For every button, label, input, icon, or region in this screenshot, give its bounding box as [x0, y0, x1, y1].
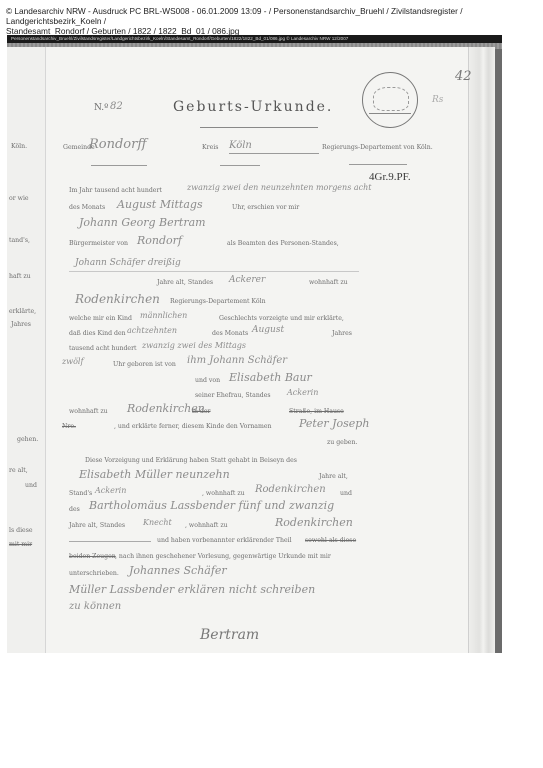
- handwritten-entry: August: [252, 325, 284, 335]
- margin-text: mit mir: [9, 541, 32, 548]
- text-line: zu geben.: [327, 439, 357, 446]
- gemeinde-value: Rondorff: [89, 137, 147, 152]
- struck-text: beiden Zeugen: [69, 553, 116, 560]
- handwritten-entry: Rondorf: [137, 234, 182, 247]
- text-line: Diese Vorzeigung und Erklärung haben Sta…: [85, 457, 297, 464]
- margin-text: erklärte,: [9, 308, 36, 315]
- text-line: des Monats: [69, 204, 105, 211]
- text-line: Uhr geboren ist von: [113, 361, 176, 368]
- separator-line: [220, 165, 260, 166]
- text-line: und: [340, 490, 352, 497]
- margin-text: Köln.: [11, 143, 27, 150]
- certificate-number-label: N.º: [94, 103, 108, 113]
- separator-line: [349, 164, 407, 165]
- separator-line: [91, 165, 147, 166]
- archive-caption: © Landesarchiv NRW - Ausdruck PC BRL-WS0…: [6, 6, 538, 36]
- struck-text: in der: [192, 408, 211, 415]
- text-line: Bürgermeister von: [69, 240, 128, 247]
- handwritten-entry: Ackerin: [287, 388, 318, 397]
- handwritten-entry: Johann Schäfer dreißig: [75, 258, 181, 268]
- handwritten-entry: Bartholomäus Lassbender fünf und zwanzig: [89, 499, 334, 512]
- handwritten-entry: Müller Lassbender erklären nicht schreib…: [69, 583, 315, 596]
- text-line: welche mir ein Kind: [69, 315, 132, 322]
- handwritten-entry: Elisabeth Baur: [229, 371, 312, 384]
- certificate-number: 82: [110, 101, 123, 112]
- scan-watermark-bar: Personenstandsarchiv_Bruehl/Zivilstandsr…: [7, 35, 502, 43]
- kreis-label: Kreis: [202, 144, 218, 151]
- text-line: , wohnhaft zu: [202, 490, 245, 497]
- text-line: Stand's: [69, 490, 92, 497]
- eagle-emblem-icon: [373, 87, 409, 111]
- document-title: Geburts-Urkunde.: [173, 99, 333, 115]
- handwritten-entry: achtzehnten: [127, 326, 177, 335]
- text-line: , wohnhaft zu: [185, 522, 228, 529]
- text-line: Jahre alt, Standes: [69, 522, 125, 529]
- official-signature: Bertram: [200, 627, 259, 643]
- margin-text: und: [25, 482, 37, 489]
- text-line: Jahres: [332, 330, 352, 337]
- text-line: und von: [195, 377, 220, 384]
- handwritten-entry: Johannes Schäfer: [129, 564, 227, 577]
- struck-text: Straße, im Hause: [289, 408, 344, 415]
- fill-line: [69, 271, 359, 272]
- text-line: daß dies Kind den: [69, 330, 126, 337]
- handwritten-entry: Rodenkirchen: [75, 292, 160, 306]
- handwritten-entry: zwölf: [62, 357, 83, 366]
- handwritten-entry: Peter Joseph: [299, 417, 369, 430]
- handwritten-entry: Knecht: [143, 518, 172, 527]
- text-line: des Monats: [212, 330, 248, 337]
- struck-text: sowohl als diese: [305, 537, 356, 544]
- handwritten-entry: zu können: [69, 601, 121, 612]
- regierung-label: Regierungs-Departement von Köln.: [322, 144, 433, 151]
- text-line: Geschlechts vorzeigte und mir erklärte,: [219, 315, 344, 322]
- handwritten-entry: Rodenkirchen: [255, 484, 326, 495]
- page-number: 42: [455, 69, 472, 84]
- text-line: , nach ihnen geschehener Vorlesung, gege…: [115, 553, 331, 560]
- struck-text: Nro.: [62, 423, 76, 430]
- margin-text: or wie: [9, 195, 29, 202]
- margin-text: tand's,: [9, 237, 30, 244]
- handwritten-entry: August Mittags: [117, 198, 203, 211]
- text-line: Jahre alt, Standes: [157, 279, 213, 286]
- caption-line-1: © Landesarchiv NRW - Ausdruck PC BRL-WS0…: [6, 6, 538, 26]
- margin-text: haft zu: [9, 273, 31, 280]
- page-stack-edge: [468, 47, 495, 653]
- document-scan: Personenstandsarchiv_Bruehl/Zivilstandsr…: [7, 35, 502, 661]
- left-margin-column: Köln. or wie tand's, haft zu erklärte, J…: [7, 47, 46, 653]
- text-line: , und erklärte ferner, diesem Kinde den …: [114, 423, 272, 430]
- handwritten-entry: zwanzig zwei des Mittags: [142, 341, 246, 350]
- kreis-value: Köln: [229, 140, 252, 151]
- text-line: seiner Ehefrau, Standes: [195, 392, 271, 399]
- stamp-initials: Rs: [432, 95, 443, 105]
- handwritten-entry: Ackerin: [95, 486, 126, 495]
- fee-stamp-text: 4Gr.9.PF.: [369, 171, 411, 183]
- text-line: Jahre alt,: [319, 473, 348, 480]
- margin-text: gehen.: [17, 436, 38, 443]
- handwritten-entry: Ackerer: [229, 275, 265, 285]
- handwritten-entry: zwanzig zwei den neunzehnten morgens ach…: [187, 183, 371, 192]
- handwritten-entry: männlichen: [140, 311, 187, 320]
- text-line: wohnhaft zu: [69, 408, 108, 415]
- fill-line: [69, 541, 151, 542]
- stamp-baseline: [369, 113, 411, 114]
- margin-text: re alt,: [9, 467, 28, 474]
- tax-stamp: [362, 72, 418, 128]
- handwritten-entry: ihm Johann Schäfer: [187, 355, 287, 366]
- text-line: wohnhaft zu: [309, 279, 348, 286]
- text-line: tausend acht hundert: [69, 345, 137, 352]
- text-line: Im Jahr tausend acht hundert: [69, 187, 162, 194]
- scan-bottom-margin: [7, 653, 502, 661]
- handwritten-entry: Johann Georg Bertram: [79, 216, 206, 229]
- margin-text: Jahres: [11, 321, 31, 328]
- text-line: Uhr, erschien vor mir: [232, 204, 299, 211]
- fill-line: [229, 153, 319, 154]
- text-line: des: [69, 506, 80, 513]
- document-page: Köln. or wie tand's, haft zu erklärte, J…: [7, 47, 495, 653]
- margin-text: ls diese: [9, 527, 33, 534]
- text-line: und haben vorbenannter erklärender Theil: [157, 537, 292, 544]
- handwritten-entry: Elisabeth Müller neunzehn: [79, 468, 230, 481]
- title-underline: [200, 127, 318, 128]
- text-line: unterschrieben.: [69, 570, 119, 577]
- text-line: Regierungs-Departement Köln: [170, 298, 266, 305]
- text-line: als Beamten des Personen-Standes,: [227, 240, 339, 247]
- handwritten-entry: Rodenkirchen: [275, 516, 353, 529]
